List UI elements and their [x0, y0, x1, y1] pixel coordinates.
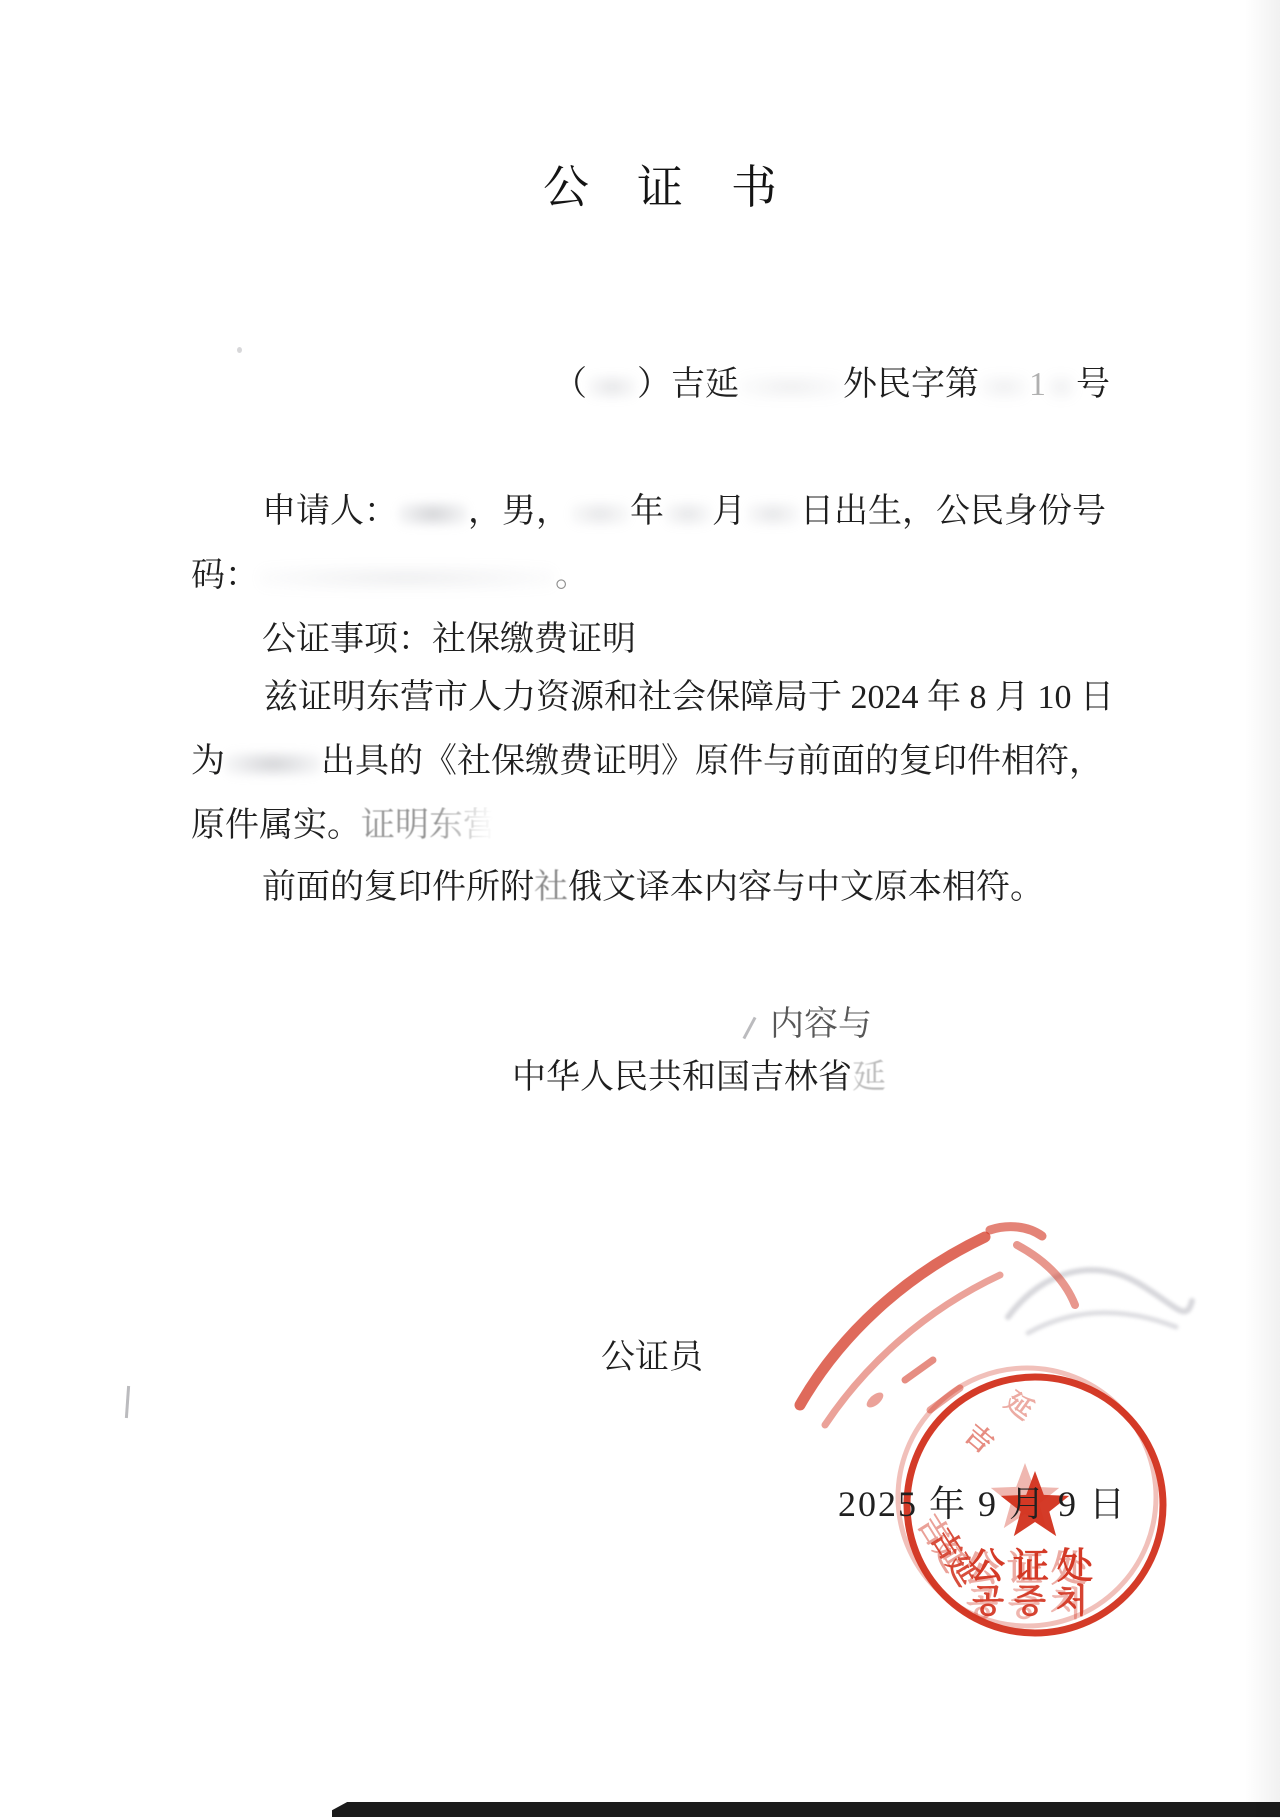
- id-number-line: 码：。: [191, 556, 589, 597]
- cert-close-paren: ）: [637, 366, 671, 403]
- applicant-birth-suffix: 日出生，公民身份号: [800, 493, 1106, 530]
- redacted-cert-middle: [739, 374, 843, 400]
- body4-part-a: 前面的复印件所附: [262, 869, 534, 906]
- notary-label: 公证员: [601, 1338, 703, 1379]
- seal-smear-blob: [864, 1390, 886, 1411]
- scan-speck: [237, 347, 242, 353]
- applicant-line: 申请人：，男，年月日出生，公民身份号: [262, 492, 1106, 533]
- redacted-applicant-name: [398, 501, 468, 527]
- cert-faint-digit: 1: [1029, 366, 1046, 403]
- body3-ghost-text: 证明东营: [361, 807, 497, 844]
- body3-text: 原件属实。: [191, 807, 361, 844]
- fragment-line-2: 中华人民共和国吉林省延: [512, 1058, 886, 1099]
- notarial-certificate-scan: 公证书 （）吉延外民字第1号 申请人：，男，年月日出生，公民身份号 码：。 公证…: [0, 0, 1280, 1818]
- fragment-line-1: 内容与: [770, 1005, 872, 1046]
- id-line-period: 。: [555, 557, 589, 594]
- pen-mark: [125, 1386, 130, 1418]
- body4-part-b: 俄文译本内容与中文原本相符。: [568, 869, 1044, 906]
- scan-edge-shading: [1244, 0, 1280, 1818]
- redacted-birth-day: [746, 501, 800, 527]
- cert-middle: 外民字第: [843, 366, 979, 403]
- certificate-number-line: （）吉延外民字第1号: [553, 365, 1110, 406]
- redacted-body-name: [225, 751, 321, 777]
- redacted-cert-serial-2: [1046, 374, 1076, 400]
- fragment2-text: 中华人民共和国吉林省: [512, 1059, 852, 1096]
- matter-value: 社保缴费证明: [432, 621, 636, 658]
- redacted-cert-serial: [979, 374, 1029, 400]
- applicant-month: 月: [712, 493, 746, 530]
- seal-smear-strokes: [800, 1227, 1075, 1425]
- seal-name-kr: 공증처: [972, 1582, 1098, 1620]
- body-line-1: 兹证明东营市人力资源和社会保障局于 2024 年 8 月 10 日: [264, 678, 1114, 719]
- applicant-male: ，男，: [468, 493, 570, 530]
- id-label: 码：: [191, 557, 259, 594]
- matter-line: 公证事项：社保缴费证明: [262, 620, 636, 661]
- body2-prefix: 为: [191, 743, 225, 780]
- redacted-cert-year: [587, 374, 637, 400]
- body-line-4: 前面的复印件所附社俄文译本内容与中文原本相符。: [262, 868, 1044, 909]
- redacted-id-number: [259, 565, 555, 591]
- fragment-stroke-mark: [743, 1017, 757, 1040]
- notary-seal: 吉延 吉延 吉 延 公证处 公证处 공증처 공증처: [755, 1175, 1195, 1675]
- notary-seal-svg: 吉延 吉延 吉 延 公证处 公证处 공증처 공증처: [755, 1175, 1195, 1675]
- seal-rim-char-upper-2: 延: [999, 1386, 1038, 1426]
- body4-ghost-char: 社: [534, 869, 568, 906]
- cert-region: 吉延: [671, 366, 739, 403]
- body-line-3: 原件属实。证明东营: [191, 806, 497, 847]
- matter-label: 公证事项：: [262, 621, 432, 658]
- scan-edge-strip: [332, 1802, 1280, 1817]
- page-title: 公证书: [543, 160, 825, 215]
- date-line: 2025 年 9 月 9 日: [838, 1483, 1127, 1526]
- body-line-2: 为出具的《社保缴费证明》原件与前面的复印件相符，: [191, 742, 1103, 783]
- seal-name-cn: 公证处: [969, 1546, 1101, 1586]
- redacted-birth-month: [664, 501, 712, 527]
- cert-suffix: 号: [1076, 366, 1110, 403]
- seal-rim-char-upper: 吉: [959, 1419, 999, 1459]
- body2-rest: 出具的《社保缴费证明》原件与前面的复印件相符，: [321, 743, 1103, 780]
- fragment2-ghost-char: 延: [852, 1059, 886, 1096]
- applicant-label: 申请人：: [262, 493, 398, 530]
- cert-open-paren: （: [553, 366, 587, 403]
- applicant-year: 年: [630, 493, 664, 530]
- redacted-birth-year: [570, 501, 630, 527]
